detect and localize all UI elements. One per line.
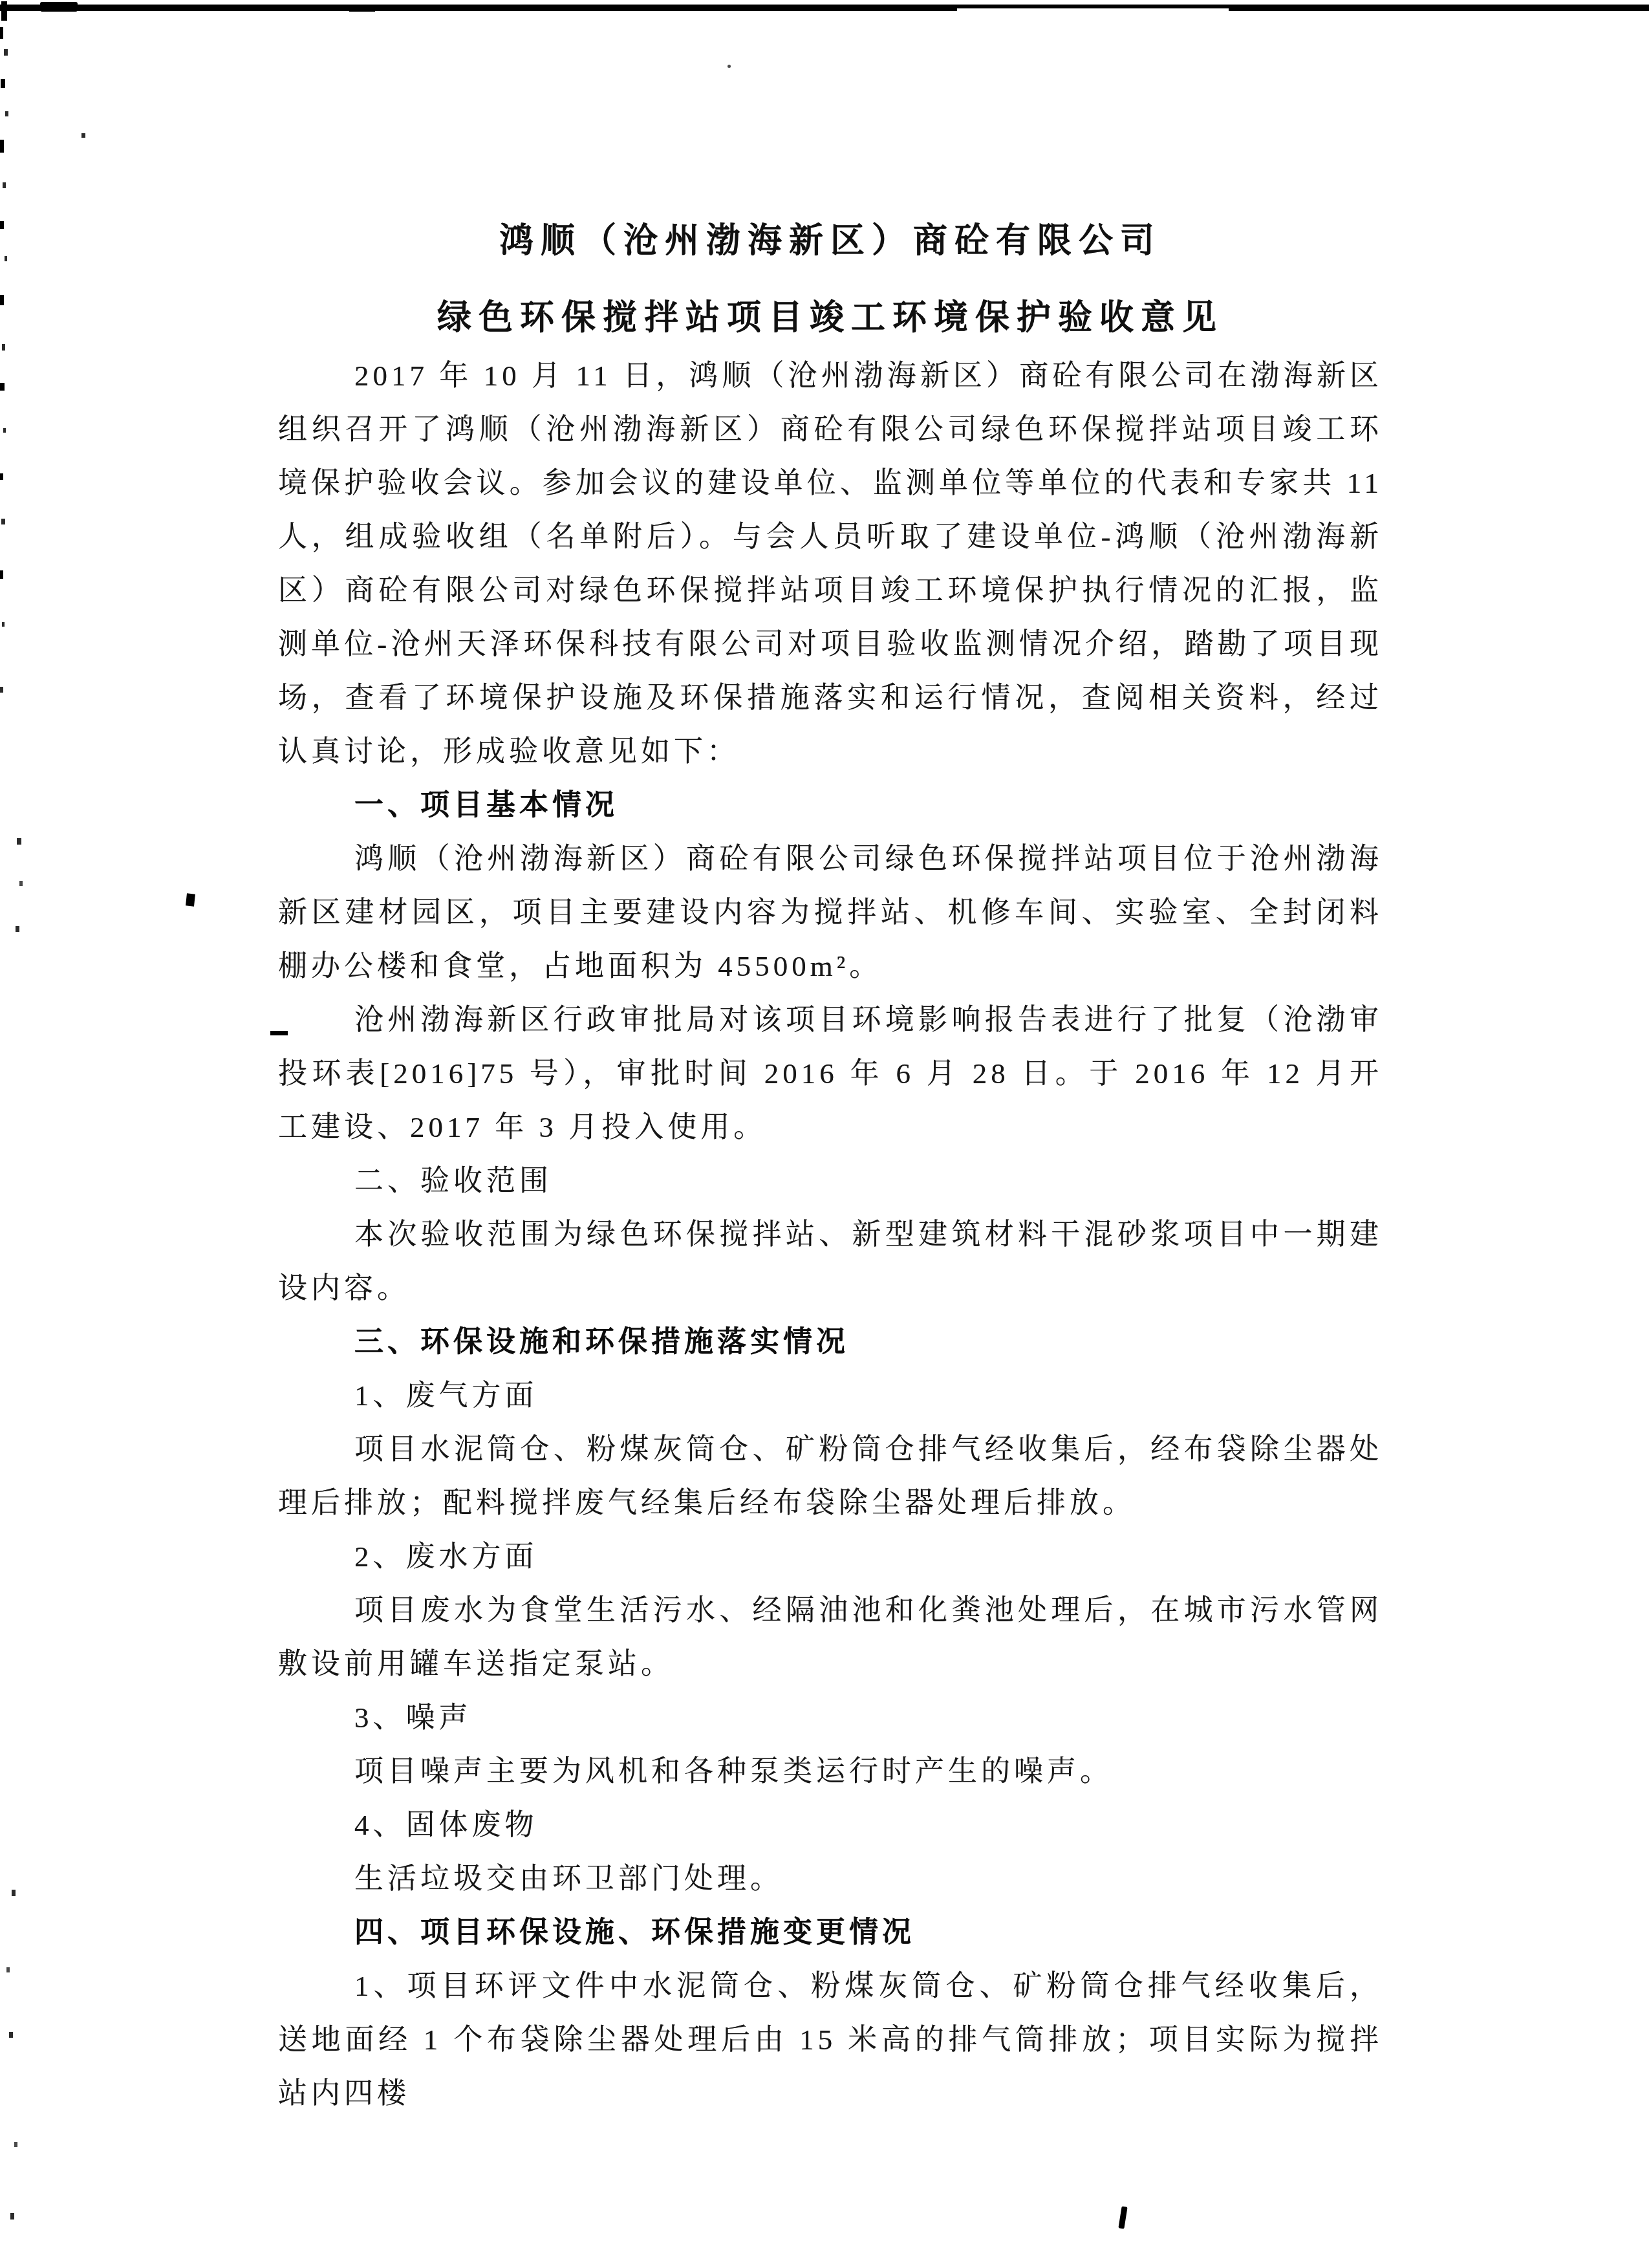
paragraph-solid-waste: 生活垃圾交由环卫部门处理。 <box>278 1852 1383 1906</box>
subheading-wastewater: 2、废水方面 <box>278 1530 1383 1584</box>
scan-artifact-speck <box>0 473 3 480</box>
heading-section-1: 一、项目基本情况 <box>278 779 1383 832</box>
scan-artifact-speck <box>0 295 4 305</box>
document-body: 鸿顺（沧州渤海新区）商砼有限公司 绿色环保搅拌站项目竣工环境保护验收意见 201… <box>278 203 1383 2121</box>
paragraph-noise: 项目噪声主要为风机和各种泵类运行时产生的噪声。 <box>278 1745 1383 1798</box>
scan-artifact-speck <box>0 140 4 153</box>
scan-artifact-speck <box>5 111 8 116</box>
scan-artifact-speck <box>17 838 21 845</box>
paragraph-waste-gas: 项目水泥筒仓、粉煤灰筒仓、矿粉筒仓排气经收集后，经布袋除尘器处理后排放；配料搅拌… <box>278 1423 1383 1530</box>
paragraph-meeting-intro: 2017 年 10 月 11 日，鸿顺（沧州渤海新区）商砼有限公司在渤海新区组织… <box>278 349 1383 779</box>
scan-artifact-speck <box>14 2142 17 2147</box>
scan-artifact-top-blob <box>40 2 78 12</box>
paragraph-wastewater: 项目废水为食堂生活污水、经隔油池和化粪池处理后，在城市污水管网敷设前用罐车送指定… <box>278 1584 1383 1691</box>
scan-artifact-speck <box>1 519 5 524</box>
scanned-document-page: 鸿顺（沧州渤海新区）商砼有限公司 绿色环保搅拌站项目竣工环境保护验收意见 201… <box>0 0 1649 2268</box>
scan-artifact-blob <box>186 893 195 906</box>
subheading-noise: 3、噪声 <box>278 1691 1383 1745</box>
scan-artifact-speck <box>16 926 19 932</box>
subheading-waste-gas: 1、废气方面 <box>278 1369 1383 1423</box>
scan-artifact-top-line-segment <box>1229 8 1649 11</box>
scan-artifact-speck <box>0 221 4 229</box>
scan-artifact-speck <box>0 687 3 693</box>
scan-artifact-top-blob <box>349 6 375 12</box>
paragraph-acceptance-scope: 本次验收范围为绿色环保搅拌站、新型建筑材料干混砂浆项目中一期建设内容。 <box>278 1208 1383 1315</box>
scan-artifact-speck <box>10 2213 14 2219</box>
scan-artifact-speck <box>9 2032 13 2038</box>
scan-artifact-speck <box>5 256 7 261</box>
heading-section-3: 三、环保设施和环保措施落实情况 <box>278 1315 1383 1369</box>
scan-artifact-speck <box>12 1890 16 1896</box>
scan-artifact-speck <box>3 428 6 433</box>
scan-artifact-speck <box>6 1967 10 1972</box>
heading-section-2: 二、验收范围 <box>278 1154 1383 1208</box>
scan-artifact-dot <box>81 133 85 138</box>
document-title-line-1: 鸿顺（沧州渤海新区）商砼有限公司 <box>278 203 1383 280</box>
paragraph-change-item-1: 1、项目环评文件中水泥筒仓、粉煤灰筒仓、矿粉筒仓排气经收集后，送地面经 1 个布… <box>278 1960 1383 2121</box>
scan-artifact-speck <box>1 1 7 21</box>
scan-artifact-speck <box>2 344 5 351</box>
scan-artifact-tick <box>1118 2207 1127 2229</box>
heading-section-4: 四、项目环保设施、环保措施变更情况 <box>278 1906 1383 1960</box>
scan-artifact-speck <box>1 79 5 88</box>
scan-artifact-speck <box>0 570 3 579</box>
scan-artifact-speck <box>2 622 5 627</box>
document-title-line-2: 绿色环保搅拌站项目竣工环境保护验收意见 <box>278 280 1383 357</box>
scan-artifact-speck <box>0 27 3 39</box>
scan-artifact-top-line-segment <box>0 8 957 11</box>
scan-artifact-dot <box>727 65 731 68</box>
scan-artifact-speck <box>4 49 8 56</box>
paragraph-project-overview: 鸿顺（沧州渤海新区）商砼有限公司绿色环保搅拌站项目位于沧州渤海新区建材园区，项目… <box>278 832 1383 993</box>
scan-artifact-speck <box>19 881 23 886</box>
paragraph-approval-info: 沧州渤海新区行政审批局对该项目环境影响报告表进行了批复（沧渤审投环表[2016]… <box>278 993 1383 1154</box>
scan-artifact-speck <box>3 182 6 188</box>
subheading-solid-waste: 4、固体废物 <box>278 1798 1383 1852</box>
scan-artifact-speck <box>0 383 5 391</box>
